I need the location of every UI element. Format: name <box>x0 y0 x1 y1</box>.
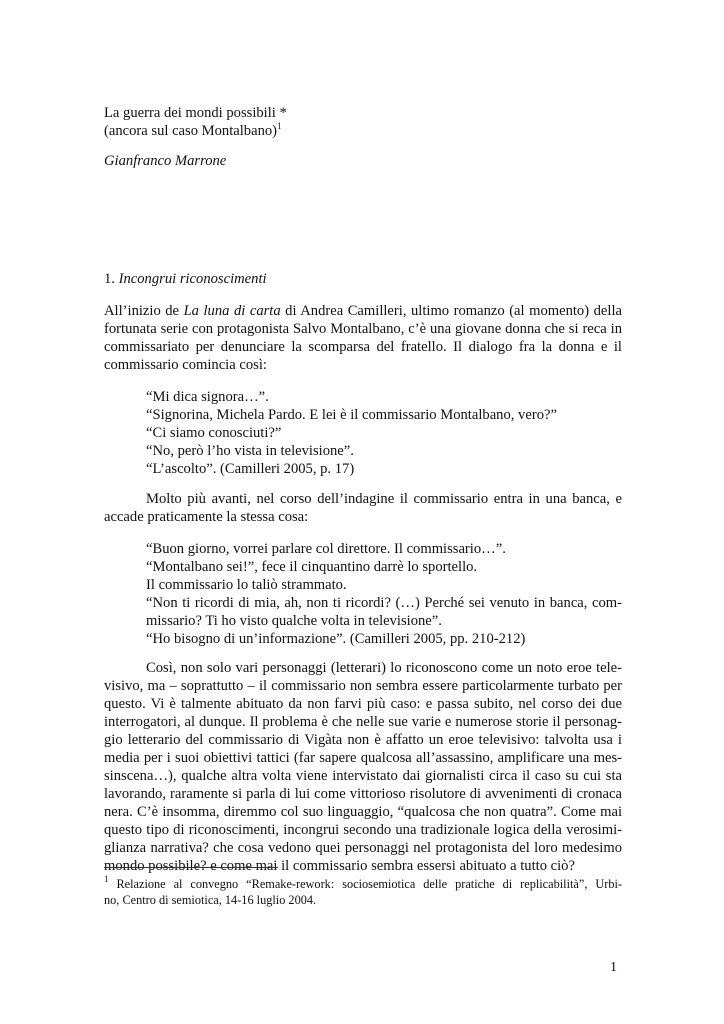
text-run: di Andrea Camilleri, ultimo romanzo (al … <box>281 303 622 319</box>
block-quote-2: “Buon giorno, vorrei parlare col diretto… <box>146 540 622 648</box>
paragraph-3-line: Così, non solo vari personaggi (letterar… <box>104 659 622 677</box>
title-line-2-text: (ancora sul caso Montalbano) <box>104 123 277 139</box>
paragraph-3-line: media per i suoi obiettivi tattici (far … <box>104 749 622 767</box>
paragraph-3: Così, non solo vari personaggi (letterar… <box>104 659 622 875</box>
quote-line: “Mi dica signora…”. <box>146 388 622 406</box>
text-run: All’inizio de <box>104 303 184 319</box>
text-run: Così, non solo vari personaggi (letterar… <box>146 660 622 676</box>
paragraph-2: Molto più avanti, nel corso dell’indagin… <box>104 490 622 526</box>
quote-line: “L’ascolto”. (Camilleri 2005, p. 17) <box>146 460 622 478</box>
paragraph-3-line: questo. Vi è talmente abituato da non fa… <box>104 695 622 713</box>
quote-line: “Ho bisogno di un’informazione”. (Camill… <box>146 630 622 648</box>
section-number: 1. <box>104 271 115 287</box>
quote-line: Il commissario lo taliò strammato. <box>146 576 622 594</box>
paragraph-2-line: Molto più avanti, nel corso dell’indagin… <box>104 490 622 508</box>
quote-line: “Signorina, Michela Pardo. E lei è il co… <box>146 406 622 424</box>
paragraph-3-line: nera. C’è insomma, diremmo col suo lingu… <box>104 803 622 821</box>
footnote-separator <box>104 867 278 868</box>
quote-line: missario? Ti ho visto qualche volta in t… <box>146 612 622 630</box>
document-page: La guerra dei mondi possibili * (ancora … <box>0 0 724 1024</box>
quote-line: “Buon giorno, vorrei parlare col diretto… <box>146 540 622 558</box>
text-run: Molto più avanti, nel corso dell’indagin… <box>146 491 622 507</box>
section-title: Incongrui riconoscimenti <box>119 271 267 287</box>
paragraph-2-line: accade praticamente la stessa cosa: <box>104 508 622 526</box>
paragraph-1: All’inizio de La luna di carta di Andrea… <box>104 302 622 374</box>
footnote-line: 1 Relazione al convegno “Remake-rework: … <box>104 876 622 892</box>
paragraph-3-line: gio letterario del commissario di Vigàta… <box>104 731 622 749</box>
title-block: La guerra dei mondi possibili * (ancora … <box>104 104 622 140</box>
title-line-1: La guerra dei mondi possibili * <box>104 104 622 122</box>
paragraph-3-line: mondo possibile? e come mai il commissar… <box>104 857 622 875</box>
quote-line: “Non ti ricordi di mia, ah, non ti ricor… <box>146 594 622 612</box>
quote-line: “No, però l’ho vista in televisione”. <box>146 442 622 460</box>
quote-line: “Montalbano sei!”, fece il cinquantino d… <box>146 558 622 576</box>
footnote-line: no, Centro di semiotica, 14-16 luglio 20… <box>104 892 622 908</box>
page-number: 1 <box>610 960 617 976</box>
paragraph-3-line: interrogatori, al dunque. Il problema è … <box>104 713 622 731</box>
paragraph-3-line: lavorando, raramente si parla di lui com… <box>104 785 622 803</box>
paragraph-1-line: commissario comincia così: <box>104 356 622 374</box>
footnote-ref: 1 <box>277 121 282 131</box>
paragraph-1-line: fortunata serie con protagonista Salvo M… <box>104 320 622 338</box>
book-title: La luna di carta <box>184 303 281 319</box>
paragraph-3-line: sinscena…), qualche altra volta viene in… <box>104 767 622 785</box>
paragraph-3-line: glianza narrativa? che cosa vedono quei … <box>104 839 622 857</box>
paragraph-3-line: visivo, ma – soprattutto – il commissari… <box>104 677 622 695</box>
title-line-2: (ancora sul caso Montalbano)1 <box>104 122 622 140</box>
author: Gianfranco Marrone <box>104 152 622 170</box>
paragraph-1-line: commissariato per denunciare la scompars… <box>104 338 622 356</box>
text-run: Relazione al convegno “Remake-rework: so… <box>109 877 623 891</box>
paragraph-1-line: All’inizio de La luna di carta di Andrea… <box>104 302 622 320</box>
quote-line: “Ci siamo conosciuti?” <box>146 424 622 442</box>
section-heading: 1. Incongrui riconoscimenti <box>104 270 622 288</box>
footnote: 1 Relazione al convegno “Remake-rework: … <box>104 876 622 908</box>
paragraph-3-line: questo tipo di riconoscimenti, incongrui… <box>104 821 622 839</box>
block-quote-1: “Mi dica signora…”. “Signorina, Michela … <box>146 388 622 478</box>
